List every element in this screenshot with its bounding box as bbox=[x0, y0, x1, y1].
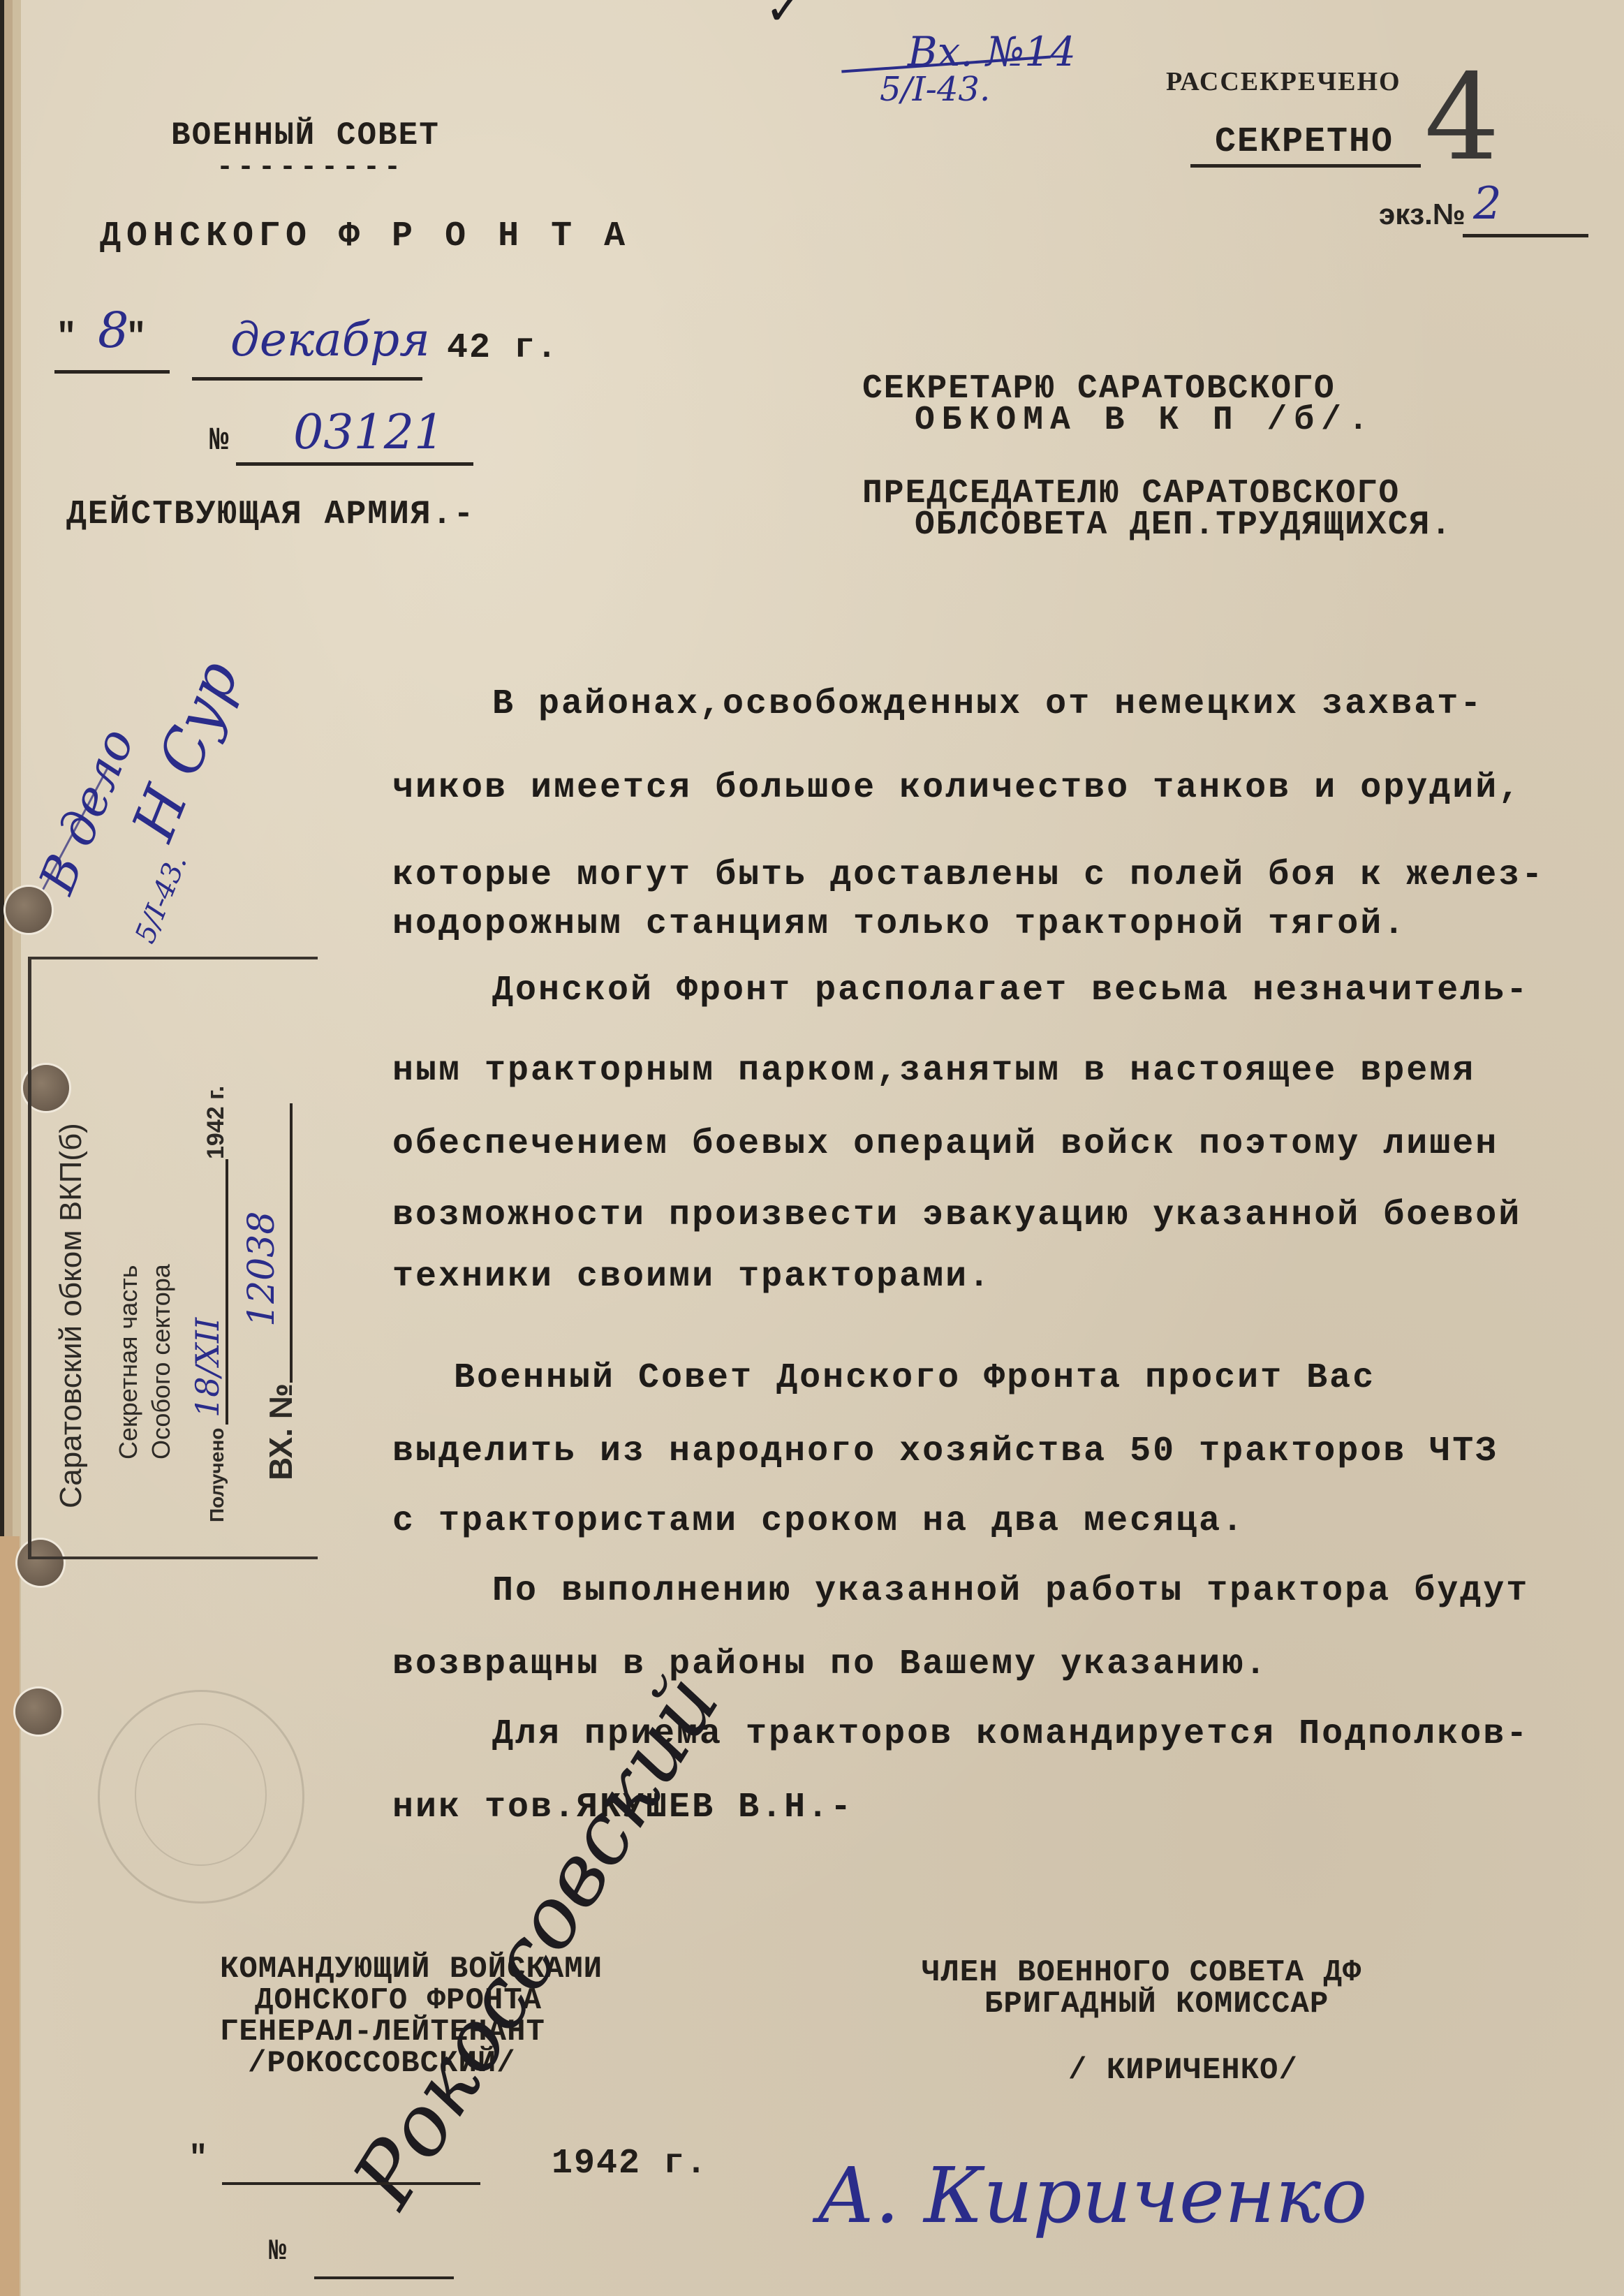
org-divider: --------- bbox=[216, 152, 405, 184]
stamp-received-label: Получено bbox=[206, 1428, 228, 1522]
right-signature: А. Кириченко bbox=[817, 2151, 1367, 2240]
footer-date-underline bbox=[222, 2182, 480, 2185]
classification-label: СЕКРЕТНО bbox=[1215, 122, 1394, 162]
body-line: выделить из народного хозяйства 50 тракт… bbox=[392, 1432, 1498, 1471]
stamp-department: Секретная часть bbox=[114, 1265, 143, 1459]
footer-date-quote: " bbox=[189, 2140, 209, 2177]
body-line: Донской Фронт располагает весьма незначи… bbox=[492, 971, 1529, 1010]
body-line: обеспечением боевых операций войск поэто… bbox=[392, 1124, 1498, 1164]
org-name-line1: ВОЕННЫЙ СОВЕТ bbox=[171, 117, 440, 154]
incoming-note-top: Вх. №14 bbox=[908, 28, 1076, 75]
margin-note-line3: 5/I-43. bbox=[129, 851, 193, 948]
punch-hole bbox=[15, 1688, 61, 1735]
stamp-org: Саратовский обком ВКП(б) bbox=[54, 1123, 89, 1508]
doc-number-value: 03121 bbox=[293, 405, 444, 460]
body-line: возвращны в районы по Вашему указанию. bbox=[392, 1644, 1268, 1684]
body-line: с трактористами сроком на два месяца. bbox=[392, 1501, 1245, 1541]
stamp-received-underline bbox=[226, 1159, 228, 1425]
body-line: техники своими тракторами. bbox=[392, 1257, 991, 1297]
faint-round-seal bbox=[98, 1690, 304, 1904]
body-line: которые могут быть доставлены с полей бо… bbox=[392, 855, 1544, 895]
copy-number: 2 bbox=[1473, 178, 1502, 230]
stamp-received-date: 18/XII bbox=[189, 1318, 226, 1418]
right-signatory-title2: БРИГАДНЫЙ КОМИССАР bbox=[984, 1987, 1329, 2022]
stamp-received-year: 1942 г. bbox=[202, 1086, 230, 1159]
army-line: ДЕЙСТВУЮЩАЯ АРМИЯ.- bbox=[66, 496, 475, 533]
date-quote-open: " bbox=[56, 318, 78, 358]
body-line: чиков имеется большое количество танков … bbox=[392, 768, 1521, 808]
footer-number-underline bbox=[314, 2276, 454, 2279]
stamp-incoming-label: ВХ. № bbox=[262, 1383, 300, 1480]
body-line: ным тракторным парком,занятым в настояще… bbox=[392, 1051, 1475, 1091]
copy-number-underline bbox=[1463, 234, 1588, 237]
date-day-underline bbox=[54, 370, 170, 374]
footer-number-label: № bbox=[269, 2235, 288, 2268]
date-year: 42 г. bbox=[447, 328, 559, 368]
check-mark-icon: ✓ bbox=[765, 0, 806, 36]
punch-hole bbox=[6, 887, 52, 933]
stamp-sector: Особого сектора bbox=[147, 1264, 176, 1459]
stamp-incoming-number: 12038 bbox=[241, 1212, 283, 1327]
copy-label: экз.№ bbox=[1379, 198, 1466, 231]
footer-date-year: 1942 г. bbox=[552, 2144, 708, 2184]
body-line: Военный Совет Донского Фронта просит Вас bbox=[454, 1358, 1375, 1398]
doc-number-underline bbox=[236, 462, 473, 466]
body-line: нодорожным станциям только тракторной тя… bbox=[392, 904, 1406, 944]
date-quote-close: " bbox=[126, 318, 148, 358]
body-line: возможности произвести эвакуацию указанн… bbox=[392, 1195, 1521, 1235]
date-day: 8 bbox=[98, 302, 129, 359]
org-name-line2: ДОНСКОГО Ф Р О Н Т А bbox=[100, 216, 630, 256]
right-signatory-name: / КИРИЧЕНКО/ bbox=[1068, 2053, 1298, 2088]
right-signatory-title1: ЧЛЕН ВОЕННОГО СОВЕТА ДФ bbox=[922, 1955, 1361, 1990]
folder-cardboard-strip bbox=[0, 1536, 20, 2296]
stamp-incoming-underline bbox=[290, 1103, 293, 1383]
date-month-underline bbox=[192, 377, 422, 381]
incoming-note-bottom: 5/I-43. bbox=[880, 70, 990, 109]
declassified-stamp: РАССЕКРЕЧЕНО bbox=[1166, 66, 1401, 97]
addressee-line4: ОБЛСОВЕТА ДЕП.ТРУДЯЩИХСЯ. bbox=[915, 506, 1452, 544]
date-month: декабря bbox=[230, 313, 430, 367]
body-line: В районах,освобожденных от немецких захв… bbox=[492, 684, 1483, 724]
receipt-stamp: Саратовский обком ВКП(б) Секретная часть… bbox=[45, 950, 311, 1522]
doc-number-label: № bbox=[209, 422, 230, 459]
body-line: По выполнению указанной работы трактора … bbox=[492, 1571, 1529, 1611]
addressee-line2: ОБКОМА В К П /б/. bbox=[915, 402, 1375, 439]
handwritten-mark: 4 bbox=[1424, 49, 1500, 187]
classification-underline bbox=[1190, 164, 1421, 168]
document-page: ✓ ВОЕННЫЙ СОВЕТ --------- ДОНСКОГО Ф Р О… bbox=[0, 0, 1624, 2296]
